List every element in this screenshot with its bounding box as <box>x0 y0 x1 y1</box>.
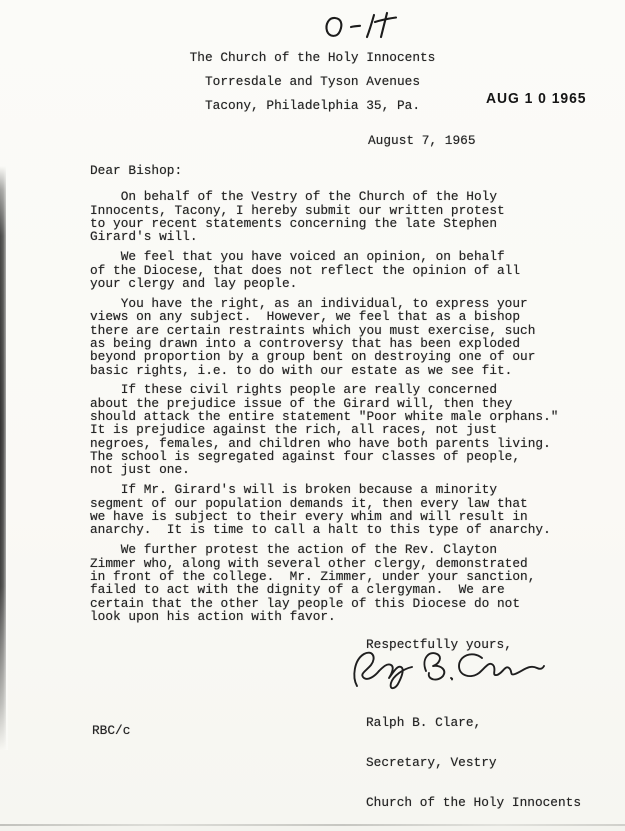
letterhead-church-name: The Church of the Holy Innocents <box>0 51 625 64</box>
scan-edge-left-fade <box>0 166 8 750</box>
letter-body: Dear Bishop: On behalf of the Vestry of … <box>90 164 590 623</box>
signature <box>350 648 546 694</box>
scan-foot-band <box>0 826 625 831</box>
signer-name: Ralph B. Clare, <box>366 716 581 729</box>
typist-initials: RBC/c <box>92 724 130 737</box>
received-date-stamp: AUG 1 0 1965 <box>486 91 587 107</box>
signer-title: Secretary, Vestry <box>366 756 581 769</box>
paragraph-2: We feel that you have voiced an opinion,… <box>90 250 590 290</box>
handwritten-annotation <box>318 10 402 46</box>
salutation: Dear Bishop: <box>90 164 590 177</box>
paragraph-5: If Mr. Girard's will is broken because a… <box>90 483 590 536</box>
paragraph-3: You have the right, as an individual, to… <box>90 297 590 377</box>
letterhead-street: Torresdale and Tyson Avenues <box>0 75 625 88</box>
signer-organization: Church of the Holy Innocents <box>366 796 581 809</box>
signer-block: Ralph B. Clare, Secretary, Vestry Church… <box>366 689 581 831</box>
paragraph-1: On behalf of the Vestry of the Church of… <box>90 190 590 243</box>
paragraph-4: If these civil rights people are really … <box>90 383 590 476</box>
letter-date: August 7, 1965 <box>368 134 476 147</box>
letter-page: The Church of the Holy Innocents Torresd… <box>0 0 625 831</box>
paragraph-6: We further protest the action of the Rev… <box>90 543 590 623</box>
